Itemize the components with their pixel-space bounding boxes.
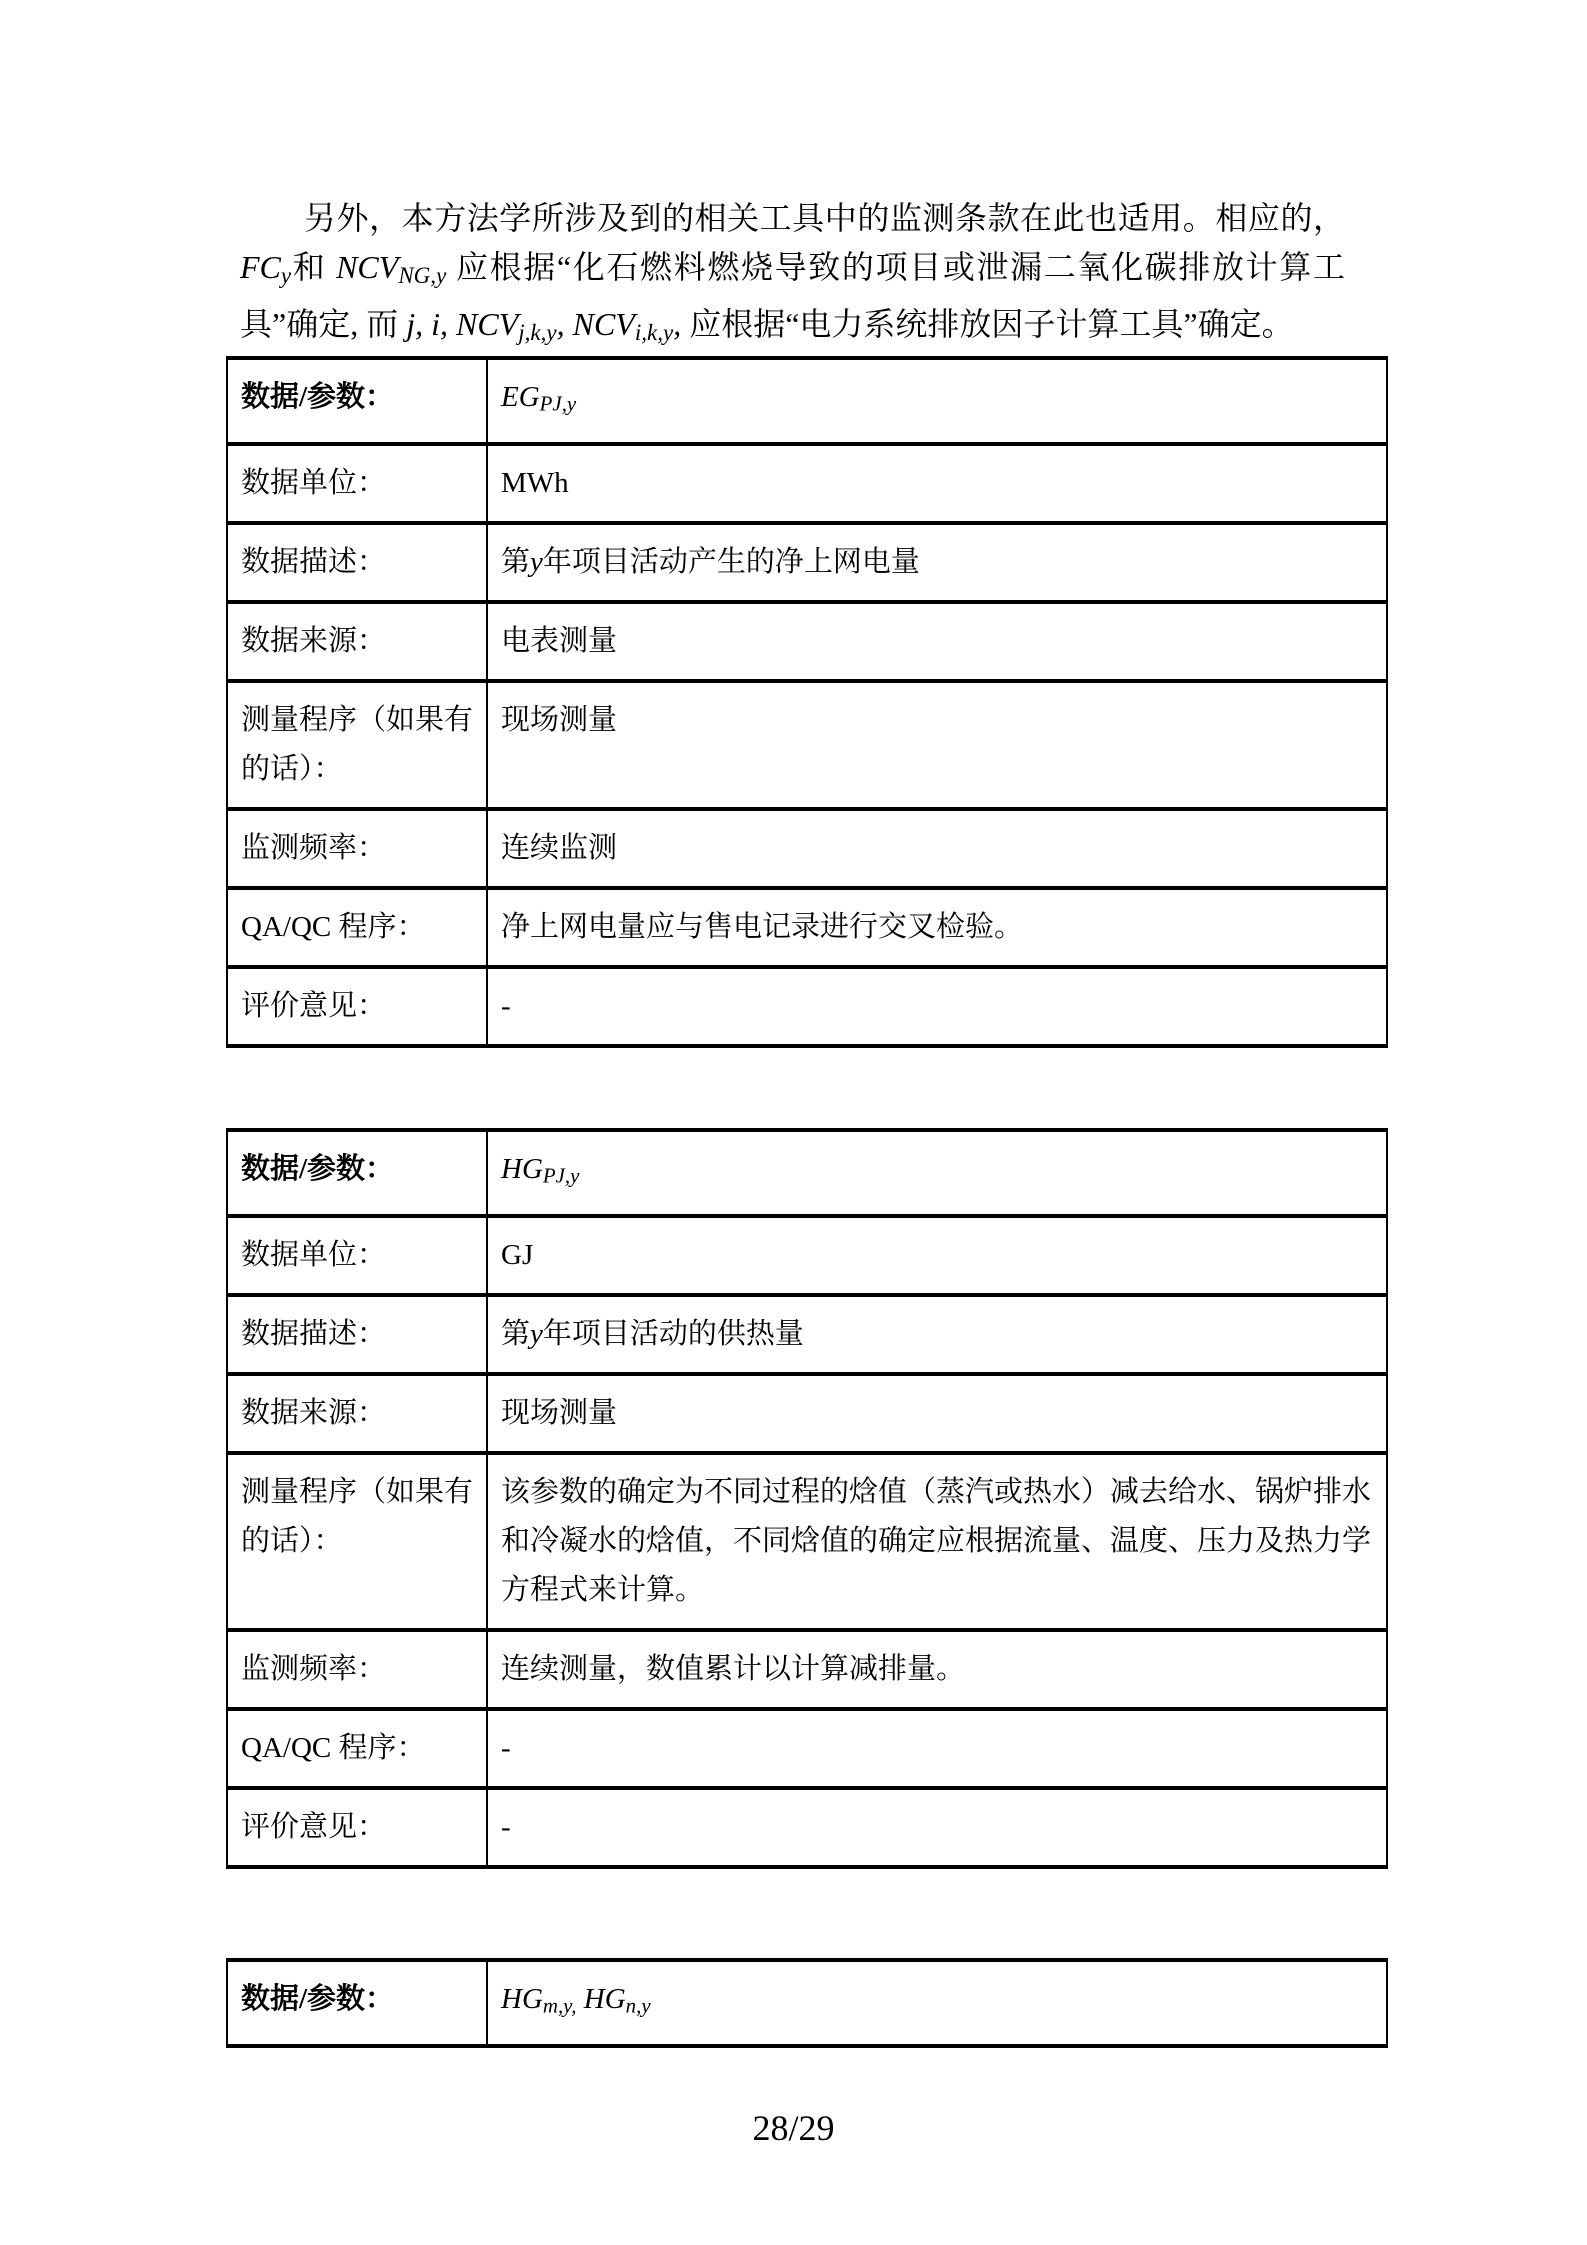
text-segment: 净上网电量应与售电记录进行交叉检验。 — [501, 911, 1023, 943]
param-label-cell: 评价意见： — [227, 967, 487, 1046]
text-segment: 另外，本方法学所涉及到的相关工具中的监测条款在此也适用。相应的， — [304, 200, 1345, 236]
param-label-cell: 数据描述： — [227, 523, 487, 602]
param-label-cell: 评价意见： — [227, 1788, 487, 1867]
table-row: 数据描述：第y年项目活动产生的净上网电量 — [227, 523, 1387, 602]
param-table-hg-pj: 数据/参数：HGPJ,y数据单位：GJ数据描述：第y年项目活动的供热量数据来源：… — [226, 1128, 1388, 1869]
param-value-cell: 现场测量 — [487, 681, 1387, 809]
table-row: 测量程序（如果有的话）：现场测量 — [227, 681, 1387, 809]
param-value-cell: 第y年项目活动的供热量 — [487, 1295, 1387, 1374]
table-row: 监测频率：连续测量，数值累计以计算减排量。 — [227, 1630, 1387, 1709]
text-segment: 电表测量 — [501, 625, 617, 657]
text-segment: 现场测量 — [501, 704, 617, 736]
param-value-cell: 连续测量，数值累计以计算减排量。 — [487, 1630, 1387, 1709]
param-label-cell: 数据来源： — [227, 1374, 487, 1453]
param-value-cell: GJ — [487, 1216, 1387, 1295]
param-label-cell: QA/QC 程序： — [227, 1709, 487, 1788]
param-label-cell: 监测频率： — [227, 809, 487, 888]
param-table-body: 数据/参数：EGPJ,y数据单位：MWh数据描述：第y年项目活动产生的净上网电量… — [227, 358, 1387, 1046]
table-row: 数据单位：GJ — [227, 1216, 1387, 1295]
text-segment: 第 — [501, 1318, 530, 1350]
table-row: 测量程序（如果有的话）：该参数的确定为不同过程的焓值（蒸汽或热水）减去给水、锅炉… — [227, 1453, 1387, 1630]
text-segment: j, i, NCV — [406, 306, 518, 342]
table-row: QA/QC 程序：- — [227, 1709, 1387, 1788]
param-table-body: 数据/参数：HGPJ,y数据单位：GJ数据描述：第y年项目活动的供热量数据来源：… — [227, 1130, 1387, 1867]
subscript-text: PJ,y — [543, 1164, 580, 1188]
text-segment: HG — [584, 1983, 626, 2015]
subscript-text: PJ,y — [540, 392, 577, 416]
paragraph-line: FCy和 NCVNG,y 应根据“化石燃料燃烧导致的项目或泄漏二氧化碳排放计算工 — [240, 243, 1345, 300]
text-segment: MWh — [501, 467, 569, 499]
param-label-cell: 数据来源： — [227, 602, 487, 681]
table-row: 数据单位：MWh — [227, 444, 1387, 523]
subscript-text: NG,y — [398, 262, 446, 288]
param-table-hg-mn: 数据/参数：HGm,y, HGn,y — [226, 1958, 1388, 2048]
text-segment: 连续监测 — [501, 832, 617, 864]
param-label-cell: 数据单位： — [227, 444, 487, 523]
table-row: 评价意见：- — [227, 967, 1387, 1046]
paragraph-line: 另外，本方法学所涉及到的相关工具中的监测条款在此也适用。相应的， — [240, 194, 1345, 243]
param-label-cell: 测量程序（如果有的话）： — [227, 1453, 487, 1630]
subscript-text: m,y, — [543, 1994, 577, 2018]
param-label-cell: QA/QC 程序： — [227, 888, 487, 967]
text-segment: , — [673, 306, 689, 342]
table-row: 数据/参数：HGPJ,y — [227, 1130, 1387, 1216]
param-table-eg: 数据/参数：EGPJ,y数据单位：MWh数据描述：第y年项目活动产生的净上网电量… — [226, 356, 1388, 1048]
text-segment: , — [557, 306, 573, 342]
text-segment: NCV — [573, 306, 635, 342]
text-segment: NCV — [336, 249, 398, 285]
param-label-cell: 数据/参数： — [227, 1960, 487, 2046]
subscript-text: j,k,y — [518, 319, 556, 345]
param-label-cell: 数据单位： — [227, 1216, 487, 1295]
param-label-cell: 数据/参数： — [227, 1130, 487, 1216]
text-segment: 现场测量 — [501, 1397, 617, 1429]
text-segment: 应根据“电力系统排放因子计算工具”确定。 — [689, 306, 1293, 342]
text-segment: 连续测量，数值累计以计算减排量。 — [501, 1653, 965, 1685]
table-row: 监测频率：连续监测 — [227, 809, 1387, 888]
table-row: 数据/参数：EGPJ,y — [227, 358, 1387, 444]
text-segment: EG — [501, 381, 540, 413]
param-value-cell: HGPJ,y — [487, 1130, 1387, 1216]
param-value-cell: - — [487, 1709, 1387, 1788]
param-value-cell: 第y年项目活动产生的净上网电量 — [487, 523, 1387, 602]
param-label-cell: 监测频率： — [227, 1630, 487, 1709]
param-table-body: 数据/参数：HGm,y, HGn,y — [227, 1960, 1387, 2046]
text-segment: 应根据“化石燃料燃烧导致的项目或泄漏二氧化碳排放计算工 — [446, 249, 1345, 285]
param-label-cell: 数据描述： — [227, 1295, 487, 1374]
table-row: 数据/参数：HGm,y, HGn,y — [227, 1960, 1387, 2046]
text-segment: 第 — [501, 546, 530, 578]
param-label-cell: 数据/参数： — [227, 358, 487, 444]
intro-paragraph: 另外，本方法学所涉及到的相关工具中的监测条款在此也适用。相应的， FCy和 NC… — [240, 194, 1345, 357]
text-segment: 年项目活动产生的净上网电量 — [543, 546, 920, 578]
table-row: 数据来源：电表测量 — [227, 602, 1387, 681]
table-row: 数据描述：第y年项目活动的供热量 — [227, 1295, 1387, 1374]
text-segment: y — [530, 546, 543, 578]
param-label-cell: 测量程序（如果有的话）： — [227, 681, 487, 809]
param-value-cell: HGm,y, HGn,y — [487, 1960, 1387, 2046]
param-value-cell: 现场测量 — [487, 1374, 1387, 1453]
text-segment: 年项目活动的供热量 — [543, 1318, 804, 1350]
subscript-text: y — [281, 262, 291, 288]
table-row: 数据来源：现场测量 — [227, 1374, 1387, 1453]
subscript-text: n,y — [626, 1994, 651, 2018]
text-segment: GJ — [501, 1239, 533, 1271]
param-value-cell: EGPJ,y — [487, 358, 1387, 444]
text-segment: - — [501, 990, 511, 1022]
text-segment: - — [501, 1732, 511, 1764]
text-segment: FC — [240, 249, 281, 285]
table-row: QA/QC 程序：净上网电量应与售电记录进行交叉检验。 — [227, 888, 1387, 967]
param-value-cell: 净上网电量应与售电记录进行交叉检验。 — [487, 888, 1387, 967]
table-row: 评价意见：- — [227, 1788, 1387, 1867]
text-segment: - — [501, 1811, 511, 1843]
param-value-cell: 电表测量 — [487, 602, 1387, 681]
text-segment: HG — [501, 1983, 543, 2015]
text-segment: 具”确定, 而 — [240, 306, 406, 342]
paragraph-line: 具”确定, 而 j, i, NCVj,k,y, NCVi,k,y, 应根据“电力… — [240, 300, 1345, 357]
text-segment: HG — [501, 1153, 543, 1185]
text-segment: 该参数的确定为不同过程的焓值（蒸汽或热水）减去给水、锅炉排水和冷凝水的焓值，不同… — [501, 1476, 1371, 1606]
subscript-text: i,k,y — [635, 319, 673, 345]
param-value-cell: 该参数的确定为不同过程的焓值（蒸汽或热水）减去给水、锅炉排水和冷凝水的焓值，不同… — [487, 1453, 1387, 1630]
page-number: 28/29 — [0, 2106, 1587, 2150]
text-segment: y — [530, 1318, 543, 1350]
text-segment — [577, 1983, 584, 2015]
text-segment: 和 — [291, 249, 336, 285]
param-value-cell: MWh — [487, 444, 1387, 523]
param-value-cell: 连续监测 — [487, 809, 1387, 888]
param-value-cell: - — [487, 1788, 1387, 1867]
param-value-cell: - — [487, 967, 1387, 1046]
document-page: 另外，本方法学所涉及到的相关工具中的监测条款在此也适用。相应的， FCy和 NC… — [0, 0, 1587, 2245]
